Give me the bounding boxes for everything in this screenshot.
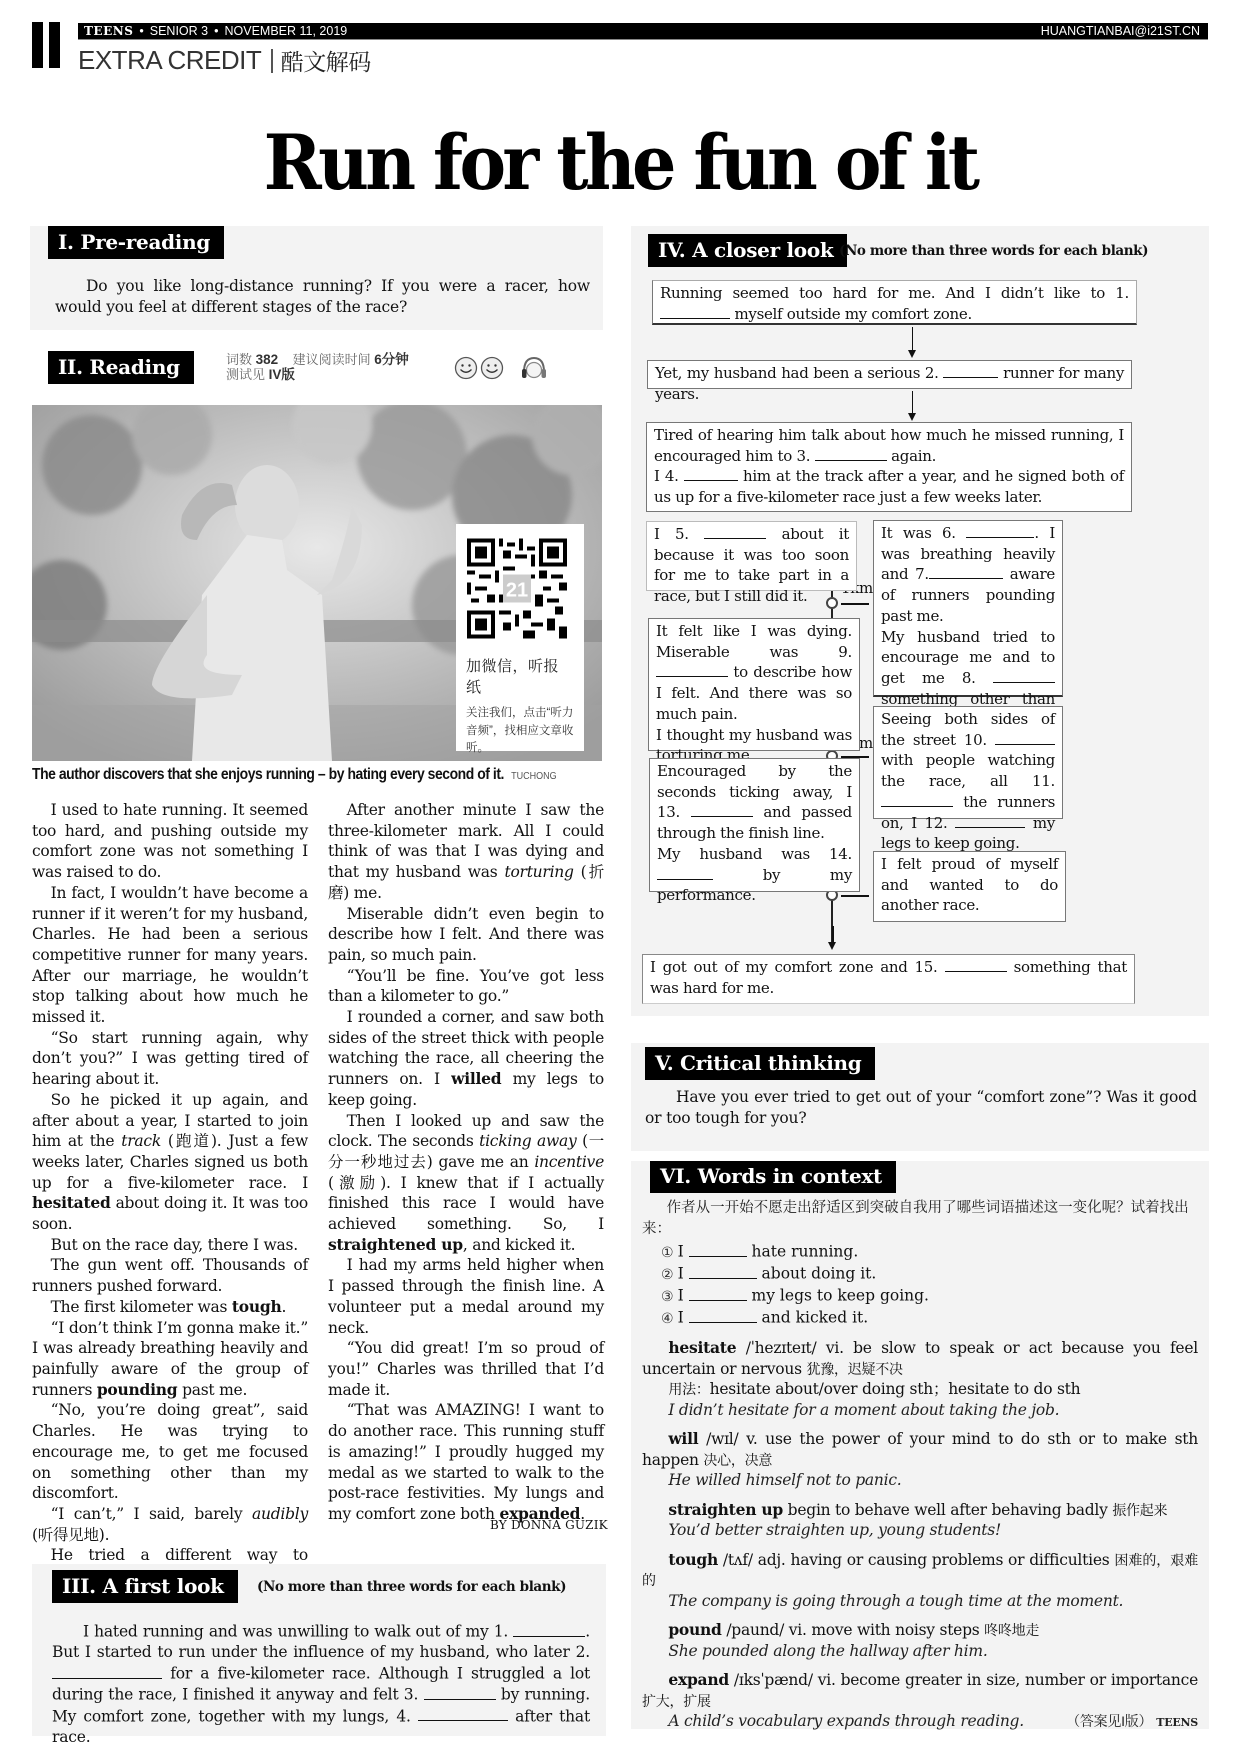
section-name-en: EXTRA CREDIT: [78, 45, 261, 76]
section-heading: IV. A closer look: [648, 234, 847, 267]
article-column-1: I used to hate running. It seemed too ha…: [32, 800, 308, 1607]
svg-text:21: 21: [506, 580, 528, 602]
qr-title: 加微信，听报纸: [466, 655, 574, 697]
arrow-down-icon: [832, 926, 834, 944]
flow-box-final: I got out of my comfort zone and 15. som…: [642, 954, 1135, 1004]
section-label: EXTRA CREDIT 酷文解码: [78, 44, 371, 77]
article-paragraph: The gun went off. Thousands of runners p…: [32, 1255, 308, 1296]
section-heading: III. A first look: [52, 1570, 238, 1603]
issue-date: NOVEMBER 11, 2019: [225, 24, 348, 38]
timeline-box-left-1: I 5. about it because it was too soon fo…: [646, 521, 857, 591]
vocab-entry-straighten-up: straighten up begin to behave well after…: [642, 1500, 1198, 1541]
page-marker: [32, 22, 60, 68]
answer-blank[interactable]: [691, 802, 753, 817]
article-paragraph: I rounded a corner, and saw both sides o…: [328, 1007, 604, 1111]
section-heading: I. Pre-reading: [48, 226, 224, 259]
critical-thinking-section: V. Critical thinking Have you ever tried…: [631, 1043, 1209, 1151]
article-paragraph: After another minute I saw the three-kil…: [328, 800, 604, 904]
answer-blank[interactable]: [966, 523, 1034, 538]
grade-label: SENIOR 3: [150, 24, 208, 38]
author-byline: BY DONNA GUZIK: [490, 1518, 608, 1532]
words-intro: 作者从一开始不愿走出舒适区到突破自我用了哪些词语描述这一变化呢？试着找出来：: [642, 1198, 1198, 1239]
answer-blank[interactable]: [513, 1621, 585, 1637]
vocab-entry-will: will /wɪl/ v. use the power of your mind…: [642, 1429, 1198, 1491]
word-blank-item: ①I hate running.: [661, 1241, 929, 1263]
word-blank-item: ②I about doing it.: [661, 1263, 929, 1285]
vocab-entry-tough: tough /tʌf/ adj. having or causing probl…: [642, 1550, 1198, 1612]
section-heading: V. Critical thinking: [645, 1047, 875, 1080]
timeline-box-right-3: I felt proud of myself and wanted to do …: [873, 851, 1066, 922]
word-blank-item: ④I and kicked it.: [661, 1307, 929, 1329]
vocab-entry-pound: pound /paund/ vi. move with noisy steps …: [642, 1620, 1198, 1661]
timeline-box-right-1: It was 6. . I was breathing heavily and …: [873, 520, 1063, 697]
flow-box-3: Tired of hearing him talk about how much…: [646, 422, 1132, 512]
words-in-context-section: VI. Words in context 作者从一开始不愿走出舒适区到突破自我用…: [631, 1161, 1209, 1729]
headphones-icon[interactable]: [520, 354, 548, 382]
arrow-down-icon: [912, 327, 913, 352]
timeline-box-left-2: It felt like I was dying. Miserable was …: [648, 618, 860, 751]
word-count: 382: [256, 352, 279, 367]
photo-caption: The author discovers that she enjoys run…: [32, 766, 557, 784]
timeline-box-left-3: Encouraged by the seconds ticking away, …: [649, 758, 860, 892]
top-banner: TEENS•SENIOR 3•NOVEMBER 11, 2019 HUANGTI…: [78, 23, 1208, 40]
timeline-node: [826, 597, 838, 609]
closer-look-section: IV. A closer look (No more than three wo…: [631, 226, 1209, 1016]
runner-photo: 21 加微信，听报纸 关注我们，点击“听力音频”，找相应文章收听。: [32, 405, 602, 761]
answer-blank[interactable]: [52, 1663, 162, 1679]
article-column-2: After another minute I saw the three-kil…: [328, 800, 604, 1525]
article-paragraph: Then I looked up and saw the clock. The …: [328, 1111, 604, 1256]
answer-blank[interactable]: [995, 730, 1055, 745]
answer-blank[interactable]: [689, 1241, 747, 1257]
answer-blank[interactable]: [704, 524, 766, 539]
pre-reading-section: I. Pre-reading Do you like long-distance…: [30, 226, 603, 330]
answer-blank[interactable]: [660, 304, 730, 319]
article-paragraph: “You’ll be fine. You’ve got less than a …: [328, 966, 604, 1007]
article-paragraph: “So start running again, why don’t you?”…: [32, 1028, 308, 1090]
photo-credit: TUCHONG: [511, 771, 557, 782]
section-instruction: (No more than three words for each blank…: [839, 243, 1148, 259]
answer-blank[interactable]: [929, 564, 1003, 579]
qr-description: 关注我们，点击“听力音频”，找相应文章收听。: [466, 705, 574, 758]
footer-brand: TEENS: [1156, 1716, 1198, 1729]
test-label: 测试见: [226, 367, 265, 382]
timeline-box-right-2: Seeing both sides of the street 10. with…: [873, 706, 1063, 819]
reading-icons: [454, 354, 548, 382]
answer-blank[interactable]: [689, 1307, 757, 1323]
answer-reference: （答案见I版）TEENS: [1066, 1711, 1198, 1734]
section-heading: II. Reading: [48, 351, 194, 384]
word-blanks-list: ①I hate running. ②I about doing it. ③I m…: [661, 1241, 929, 1329]
section-heading: VI. Words in context: [650, 1161, 896, 1193]
reading-meta: 词数 382 建议阅读时间 6分钟 测试见 IV版: [226, 352, 409, 382]
vocab-entry-hesitate: hesitate /ˈhezɪteɪt/ vi. be slow to spea…: [642, 1338, 1198, 1420]
critical-question: Have you ever tried to get out of your “…: [645, 1087, 1197, 1129]
vocab-entry-expand: expand /ɪksˈpænd/ vi. become greater in …: [642, 1670, 1198, 1732]
pre-reading-question: Do you like long-distance running? If yo…: [55, 276, 590, 318]
section-instruction: (No more than three words for each blank…: [257, 1579, 566, 1595]
qr-code-card: 21 加微信，听报纸 关注我们，点击“听力音频”，找相应文章收听。: [456, 524, 584, 751]
article-paragraph: “No, you’re doing great”, said Charles. …: [32, 1400, 308, 1504]
article-paragraph: “That was AMAZING! I want to do another …: [328, 1400, 604, 1524]
brand-name: TEENS: [84, 24, 133, 38]
article-paragraph: “I don’t think I’m gonna make it.” I was…: [32, 1318, 308, 1401]
flow-box-2: Yet, my husband had been a serious 2. ru…: [647, 360, 1132, 389]
article-paragraph: So he picked it up again, and after abou…: [32, 1090, 308, 1235]
reading-time: 6分钟: [374, 352, 409, 367]
qr-code-icon[interactable]: 21: [467, 536, 567, 641]
answer-blank[interactable]: [689, 1285, 747, 1301]
first-look-passage: I hated running and was unwilling to wal…: [52, 1621, 590, 1748]
time-label: 建议阅读时间: [293, 352, 371, 367]
word-count-label: 词数: [226, 352, 252, 367]
flow-box-1: Running seemed too hard for me. And I di…: [652, 280, 1137, 325]
test-page: IV版: [269, 367, 295, 382]
answer-blank[interactable]: [656, 662, 728, 677]
caption-text: The author discovers that she enjoys run…: [32, 766, 504, 783]
answer-blank[interactable]: [418, 1706, 508, 1722]
answer-blank[interactable]: [689, 1263, 757, 1279]
article-paragraph: Miserable didn’t even begin to describe …: [328, 904, 604, 966]
article-paragraph: In fact, I wouldn’t have become a runner…: [32, 883, 308, 1028]
article-paragraph: I used to hate running. It seemed too ha…: [32, 800, 308, 883]
timeline-tick: [841, 603, 869, 605]
article-paragraph: “You did great! I’m so proud of you!” Ch…: [328, 1338, 604, 1400]
answer-blank[interactable]: [815, 446, 887, 461]
answer-blank[interactable]: [424, 1684, 496, 1700]
timeline-tick: [841, 895, 869, 897]
smiley-face-icon: [480, 356, 504, 380]
first-look-section: III. A first look (No more than three wo…: [32, 1564, 606, 1736]
answer-blank[interactable]: [945, 957, 1007, 972]
article-paragraph: The first kilometer was tough.: [32, 1297, 308, 1318]
answer-blank[interactable]: [943, 363, 998, 378]
article-paragraph: “I can’t,” I said, barely audibly (听得见地)…: [32, 1504, 308, 1545]
arrow-down-icon: [912, 391, 913, 415]
answer-blank[interactable]: [955, 813, 1025, 828]
article-title: Run for the fun of it: [50, 118, 1191, 207]
answer-blank[interactable]: [881, 792, 953, 807]
vocabulary-entries: hesitate /ˈhezɪteɪt/ vi. be slow to spea…: [642, 1338, 1198, 1741]
answer-blank[interactable]: [684, 466, 738, 481]
answer-blank[interactable]: [993, 668, 1055, 683]
section-name-cn: 酷文解码: [281, 44, 371, 77]
article-paragraph: But on the race day, there I was.: [32, 1235, 308, 1256]
smiley-face-icon: [454, 356, 478, 380]
word-blank-item: ③I my legs to keep going.: [661, 1285, 929, 1307]
article-paragraph: I had my arms held higher when I passed …: [328, 1255, 604, 1338]
editor-email: HUANGTIANBAI@i21ST.CN: [1041, 24, 1200, 38]
answer-blank[interactable]: [657, 865, 713, 880]
